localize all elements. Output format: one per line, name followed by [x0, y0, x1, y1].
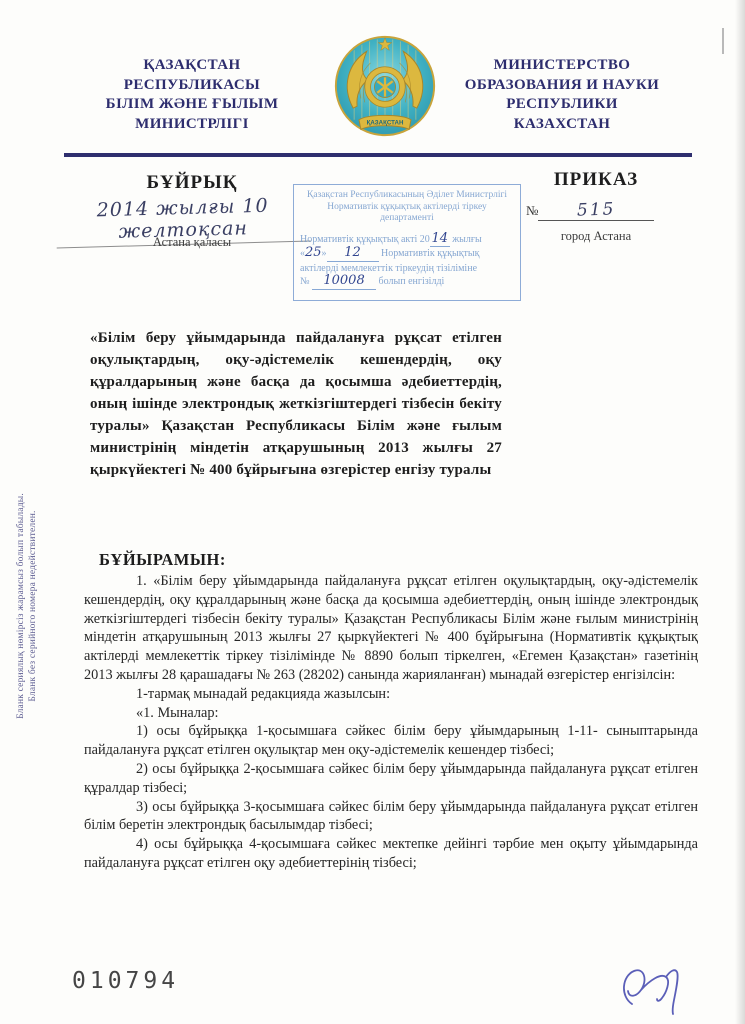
org-right-line: МИНИСТЕРСТВО: [432, 56, 692, 76]
body-paragraph: 4) осы бұйрыққа 4-қосымшаға сәйкес мекте…: [84, 835, 698, 873]
handwritten-order-number: 515: [577, 199, 616, 220]
order-title-russian: ПРИКАЗ: [498, 169, 694, 191]
org-left-line: БІЛІМ ЖӘНЕ ҒЫЛЫМ: [68, 95, 316, 115]
stamp-reg-line-2: «25»12 Нормативтік құқықтық: [300, 248, 514, 262]
stamp-year-blank: 14: [430, 234, 450, 248]
stamp-text: жылғы: [452, 234, 481, 245]
stamp-reg-line-4: № 10008 болып енгізілді: [300, 276, 514, 290]
stamp-text: Нормативтік құқықтық акті 20: [300, 234, 430, 245]
scan-artifact-line: [722, 28, 724, 54]
city-label-kazakh: Астана қаласы: [68, 235, 316, 250]
stamp-reg-line-1: Нормативтік құқықтық акті 2014 жылғы: [300, 234, 514, 248]
scanned-document-page: Бланк сериялық нөмірсіз жарамсыз болып т…: [0, 0, 745, 1024]
org-left-line: РЕСПУБЛИКАСЫ: [68, 76, 316, 96]
stamp-number-blank: 10008: [312, 276, 376, 290]
body-paragraph: 3) осы бұйрыққа 3-қосымшаға сәйкес білім…: [84, 798, 698, 836]
stamp-org-block: Қазақстан Республикасының Әділет Министр…: [300, 190, 514, 225]
order-number-row: №515: [526, 200, 664, 221]
letterhead-divider-rule: [64, 153, 692, 157]
order-subject-title: «Білім беру ұйымдарында пайдалануға рұқс…: [90, 327, 502, 481]
stamp-text: »: [322, 248, 327, 259]
org-right-line: РЕСПУБЛИКИ: [432, 95, 692, 115]
blank-serial-note-ru: Бланк без серийного номера недействителе…: [28, 430, 40, 782]
org-left-line: ҚАЗАҚСТАН: [68, 56, 316, 76]
handwritten-reg-year: 14: [431, 234, 448, 243]
emblem-banner-text: ҚАЗАҚСТАН: [367, 120, 404, 127]
org-left-line: МИНИСТРЛІГІ: [68, 115, 316, 135]
handwritten-reg-day: 25: [305, 248, 322, 257]
ministry-name-russian: МИНИСТЕРСТВО ОБРАЗОВАНИЯ И НАУКИ РЕСПУБЛ…: [432, 56, 692, 134]
stamp-text: Нормативтік құқықтық: [381, 248, 479, 259]
stamp-reg-line-3: актілерді мемлекеттік тіркеудің тізілімі…: [300, 263, 514, 276]
body-paragraph: «1. Мыналар:: [84, 704, 698, 723]
order-body-text: 1. «Білім беру ұйымдарында пайдалануға р…: [84, 572, 698, 873]
org-right-line: КАЗАХСТАН: [432, 115, 692, 135]
org-right-line: ОБРАЗОВАНИЯ И НАУКИ: [432, 76, 692, 96]
order-number-blank: 515: [538, 200, 654, 221]
order-number-label: №: [526, 203, 538, 218]
stamp-month-blank: 12: [327, 248, 379, 262]
stamp-org-line: Нормативтік құқықтық актілерді тіркеу: [300, 202, 514, 214]
blank-serial-note: Бланк сериялық нөмірсіз жарамсыз болып т…: [16, 430, 39, 782]
blank-serial-number: 010794: [72, 968, 179, 994]
handwritten-reg-month: 12: [344, 248, 361, 257]
body-paragraph: 2) осы бұйрыққа 2-қосымшаға сәйкес білім…: [84, 760, 698, 798]
blank-serial-note-kk: Бланк сериялық нөмірсіз жарамсыз болып т…: [16, 430, 28, 782]
stamp-org-line: департаменті: [300, 213, 514, 225]
order-title-kazakh: БҰЙРЫҚ: [68, 172, 316, 194]
kazakhstan-emblem-icon: ҚАЗАҚСТАН: [332, 30, 438, 142]
stamp-text: «: [300, 248, 305, 259]
resolution-heading: БҰЙЫРАМЫН:: [99, 550, 226, 570]
body-paragraph: 1. «Білім беру ұйымдарында пайдалануға р…: [84, 572, 698, 685]
stamp-text: болып енгізілді: [379, 276, 445, 287]
stamp-org-line: Қазақстан Республикасының Әділет Министр…: [300, 190, 514, 202]
city-label-russian: город Астана: [536, 229, 656, 244]
signature-mark: [616, 960, 694, 1023]
body-paragraph: 1-тармақ мынадай редакцияда жазылсын:: [84, 685, 698, 704]
handwritten-reg-number: 10008: [323, 276, 364, 285]
justice-ministry-registration-stamp: Қазақстан Республикасының Әділет Министр…: [293, 184, 521, 301]
stamp-text: №: [300, 276, 310, 287]
body-paragraph: 1) осы бұйрыққа 1-қосымшаға сәйкес білім…: [84, 722, 698, 760]
ministry-name-kazakh: ҚАЗАҚСТАН РЕСПУБЛИКАСЫ БІЛІМ ЖӘНЕ ҒЫЛЫМ …: [68, 56, 316, 134]
